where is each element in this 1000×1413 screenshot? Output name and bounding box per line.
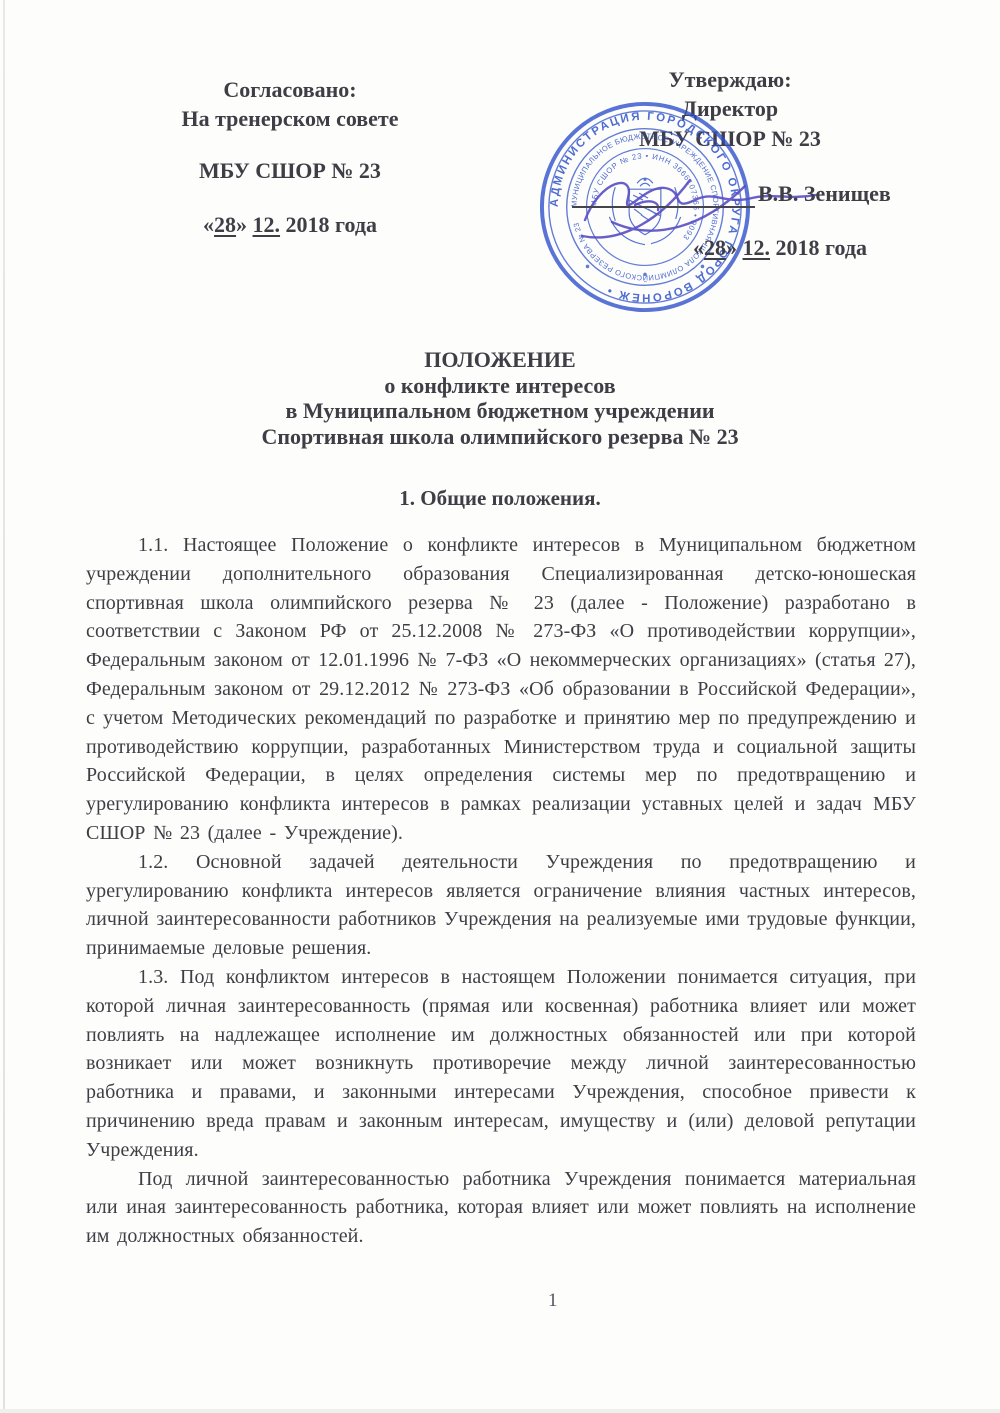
- approve-date: «28» 12. 2018 года: [655, 236, 905, 260]
- agreed-date: «28» 12. 2018 года: [140, 213, 440, 237]
- signature-line: [572, 206, 755, 208]
- signer-name: В.В. Зенищев: [758, 181, 891, 207]
- scan-edge: [3, 0, 5, 1413]
- section-heading: 1. Общие положения.: [0, 486, 1000, 511]
- quote-close: »: [726, 235, 737, 260]
- document-title: ПОЛОЖЕНИЕ о конфликте интересов в Муници…: [0, 347, 1000, 449]
- date-day: 28: [704, 235, 726, 260]
- paragraph-1-3: 1.3. Под конфликтом интересов в настояще…: [86, 963, 916, 1165]
- date-day: 28: [214, 212, 236, 237]
- paragraph-1-2: 1.2. Основной задачей деятельности Учреж…: [86, 848, 916, 963]
- document-body: 1.1. Настоящее Положение о конфликте инт…: [86, 531, 916, 1251]
- quote-open: «: [203, 212, 214, 237]
- approve-title: Утверждаю:: [560, 68, 900, 92]
- date-year: 2018 года: [776, 235, 867, 260]
- title-line-4: Спортивная школа олимпийского резерва № …: [0, 424, 1000, 450]
- title-line-2: о конфликте интересов: [0, 373, 1000, 399]
- agreed-org: МБУ СШОР № 23: [140, 159, 440, 183]
- quote-open: «: [693, 235, 704, 260]
- agreed-subtitle: На тренерском совете: [140, 107, 440, 131]
- paragraph-personal-interest: Под личной заинтересованностью работника…: [86, 1165, 916, 1251]
- title-line-1: ПОЛОЖЕНИЕ: [0, 347, 1000, 373]
- date-month: 12.: [253, 212, 281, 237]
- paragraph-1-1: 1.1. Настоящее Положение о конфликте инт…: [86, 531, 916, 848]
- scanned-document-page: Согласовано: На тренерском совете МБУ СШ…: [0, 0, 1000, 1413]
- date-year: 2018 года: [286, 212, 377, 237]
- scan-edge-bottom: [0, 1409, 1000, 1413]
- page-number: 1: [548, 1290, 558, 1312]
- quote-close: »: [236, 212, 247, 237]
- agreed-title: Согласовано:: [140, 78, 440, 102]
- date-month: 12.: [743, 235, 771, 260]
- title-line-3: в Муниципальном бюджетном учреждении: [0, 398, 1000, 424]
